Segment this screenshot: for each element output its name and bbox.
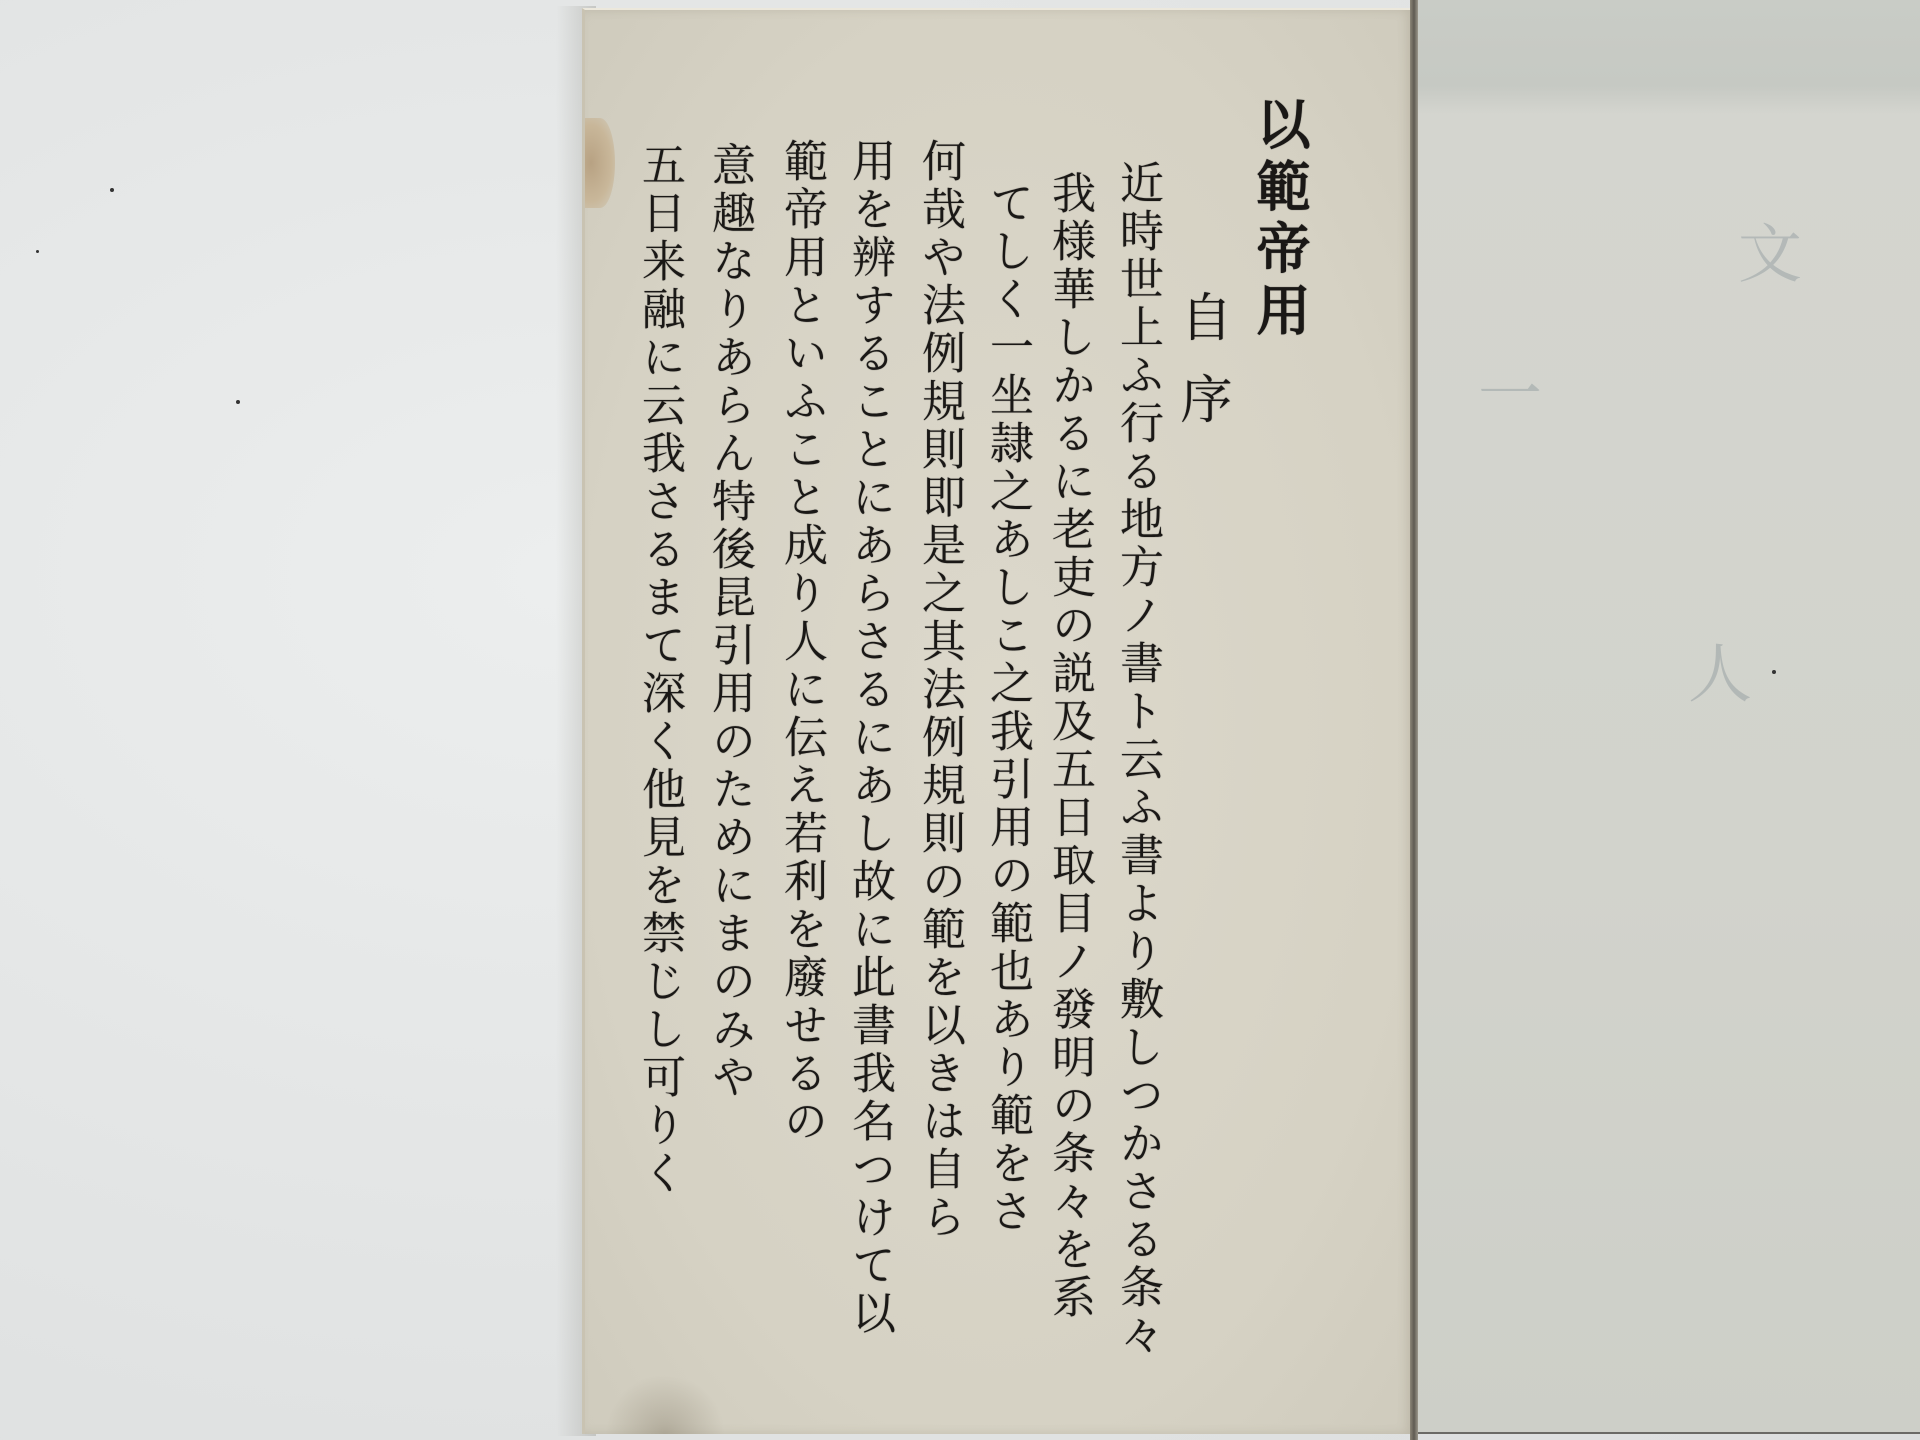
text-column-7: 意趣なりあらん特後昆引用のためにまのみや bbox=[707, 142, 751, 1102]
book-title: 以範帝用 bbox=[1253, 96, 1307, 344]
text-column-3: てしく一坐隷之あしこ之我引用の範也あり範をさ bbox=[985, 180, 1029, 1236]
grime-stain bbox=[605, 1374, 725, 1434]
text-column-6: 範帝用といふこと成り人に伝え若利を廢せるの bbox=[779, 138, 823, 1146]
show-through-text: 文 bbox=[1718, 220, 1810, 284]
text-column-2: 我様華しかるに老吏の説及五日取目ノ發明の条々を系 bbox=[1047, 170, 1091, 1322]
dust-speck bbox=[36, 250, 39, 253]
dust-speck bbox=[236, 400, 240, 404]
dust-speck bbox=[1772, 670, 1776, 674]
left-page: 以範帝用 自序 近時世上ふ行る地方ノ書ト云ふ書より敷しつかさる条々 我様華しかる… bbox=[582, 8, 1413, 1434]
preface-heading: 自序 bbox=[1175, 290, 1227, 454]
text-column-4: 何哉や法例規則即是之其法例規則の範を以きは自ら bbox=[917, 138, 961, 1242]
show-through-text: 一 bbox=[1458, 360, 1550, 424]
water-stain bbox=[585, 118, 615, 208]
right-page: 文 一 人 bbox=[1418, 0, 1920, 1434]
book-spine bbox=[1410, 0, 1418, 1440]
text-column-8: 五日来融に云我さるまて深く他見を禁じし可りく bbox=[637, 142, 681, 1198]
show-through-text: 人 bbox=[1668, 640, 1760, 704]
text-column-5: 用を辨することにあらさるにあし故に此書我名つけて以 bbox=[847, 138, 891, 1338]
dust-speck bbox=[110, 188, 114, 192]
text-column-1: 近時世上ふ行る地方ノ書ト云ふ書より敷しつかさる条々 bbox=[1115, 160, 1159, 1360]
